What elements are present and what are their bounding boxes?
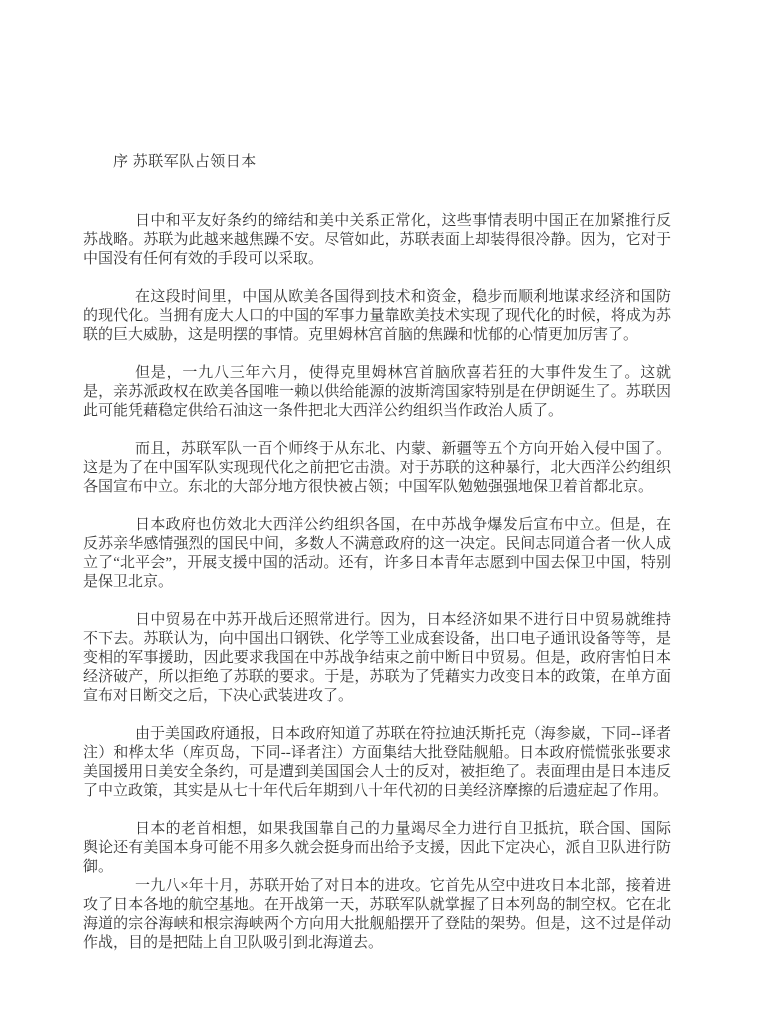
paragraph: 在这段时间里，中国从欧美各国得到技术和资金，稳步而顺利地谋求经济和国防的现代化。… xyxy=(83,288,671,345)
paragraph: 一九八×年十月，苏联开始了对日本的进攻。它首先从空中进攻日本北部，接着进攻了日本… xyxy=(83,877,671,953)
paragraph: 日中和平友好条约的缔结和美中关系正常化，这些事情表明中国正在加紧推行反苏战略。苏… xyxy=(83,212,671,269)
paragraph: 而且，苏联军队一百个师终于从东北、内蒙、新疆等五个方向开始入侵中国了。这是为了在… xyxy=(83,440,671,497)
paragraph: 日中贸易在中苏开战后还照常进行。因为，日本经济如果不进行日中贸易就维持不下去。苏… xyxy=(83,611,671,706)
paragraph: 日本的老首相想，如果我国靠自己的力量竭尽全力进行自卫抵抗，联合国、国际舆论还有美… xyxy=(83,820,671,877)
paragraph: 日本政府也仿效北大西洋公约组织各国，在中苏战争爆发后宣布中立。但是，在反苏亲华感… xyxy=(83,516,671,592)
page-content: 序 苏联军队占领日本 日中和平友好条约的缔结和美中关系正常化，这些事情表明中国正… xyxy=(83,153,671,953)
paragraph: 由于美国政府通报，日本政府知道了苏联在符拉迪沃斯托克（海参崴，下同--译者注）和… xyxy=(83,725,671,801)
paragraph: 但是，一九八三年六月，使得克里姆林宫首脑欣喜若狂的大事件发生了。这就是，亲苏派政… xyxy=(83,364,671,421)
page-title: 序 苏联军队占领日本 xyxy=(83,153,671,172)
document-page: 序 苏联军队占领日本 日中和平友好条约的缔结和美中关系正常化，这些事情表明中国正… xyxy=(0,0,768,1024)
